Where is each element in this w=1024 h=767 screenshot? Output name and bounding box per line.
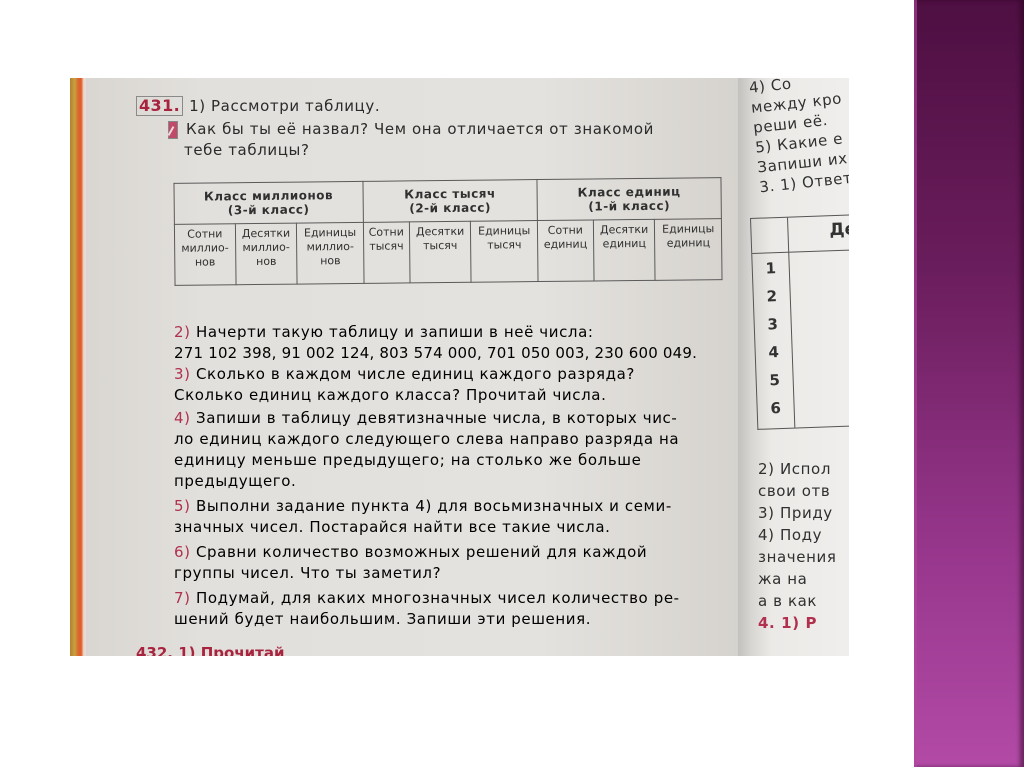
item-number: 2) (174, 323, 191, 341)
column-header: Десяткиединиц (593, 219, 655, 281)
right-page-lower-text: 2) Испол свои отв 3) Приду 4) Поду значе… (758, 458, 836, 634)
item-text: Сравни количество возможных решений для … (196, 543, 647, 561)
right-line: свои отв (758, 480, 836, 502)
task-items: 2) Начерти такую таблицу и запиши в неё … (174, 322, 734, 630)
table-row: 4 (755, 338, 792, 367)
task-header: 431. 1) Рассмотри таблицу. (136, 96, 736, 117)
item-4: 4) Запиши в таблицу девятизначные числа,… (174, 408, 734, 492)
table-row: 6 (757, 394, 794, 423)
right-page-top-text: 4) Со между кро реши её. 5) Какие е Запи… (748, 78, 849, 197)
item-text: предыдущего. (174, 471, 734, 492)
right-line: значения (758, 546, 836, 568)
group-millions: Класс миллионов(3-й класс) (174, 181, 363, 224)
right-table-rows: 1 2 3 4 5 6 (752, 254, 794, 423)
item-text: Выполни задание пункта 4) для восьмизнач… (196, 497, 672, 515)
item-number: 4) (174, 409, 191, 427)
pencil-icon (168, 121, 178, 139)
right-line: 4) Поду (758, 524, 836, 546)
table-row: 2 (753, 282, 790, 311)
textbook-photo: 431. 1) Рассмотри таблицу. Как бы ты её … (70, 78, 849, 656)
item-text: значных чисел. Постарайся найти все таки… (174, 517, 734, 538)
left-page: 431. 1) Рассмотри таблицу. Как бы ты её … (70, 78, 738, 656)
item-number: 3) (174, 365, 191, 383)
right-line: 4. 1) Р (758, 612, 836, 634)
column-header: Единицыединиц (655, 219, 722, 281)
task-content: 431. 1) Рассмотри таблицу. Как бы ты её … (136, 96, 736, 161)
task-number: 431. (136, 96, 183, 116)
table-column-row: Сотнимиллио-нов Десяткимиллио-нов Единиц… (174, 219, 722, 286)
column-header: Сотниединиц (537, 220, 593, 282)
next-task-fragment: 432. 1) Прочитай (136, 644, 284, 656)
intro-line-2: Как бы ты её назвал? Чем она отличается … (136, 119, 736, 140)
right-line: жа на (758, 568, 836, 590)
group-thousands: Класс тысяч(2-й класс) (363, 180, 538, 223)
group-units: Класс единиц(1-й класс) (537, 178, 721, 221)
item-text: Начерти такую таблицу и запиши в неё чис… (196, 323, 594, 341)
item-text: ло единиц каждого следующего слева напра… (174, 429, 734, 450)
column-header: Десяткитысяч (409, 221, 471, 283)
item-text: Запиши в таблицу девятизначные числа, в … (196, 409, 677, 427)
intro-text-2: Как бы ты её назвал? Чем она отличается … (186, 120, 654, 138)
right-line: а в как (758, 590, 836, 612)
column-header: Единицытысяч (471, 221, 538, 283)
right-table-header-text: Де (829, 219, 849, 240)
right-page: 4) Со между кро реши её. 5) Какие е Запи… (738, 78, 849, 656)
right-line: 3) Приду (758, 502, 836, 524)
table-row: 5 (756, 366, 793, 395)
item-5: 5) Выполни задание пункта 4) для восьмиз… (174, 496, 734, 538)
table-header-row: Класс миллионов(3-й класс) Класс тысяч(2… (174, 178, 721, 225)
number-classes-table: Класс миллионов(3-й класс) Класс тысяч(2… (173, 177, 722, 286)
table-row: 1 (752, 254, 789, 283)
item-6: 6) Сравни количество возможных решений д… (174, 542, 734, 584)
right-line: 2) Испол (758, 458, 836, 480)
numbers-list: 271 102 398, 91 002 124, 803 574 000, 70… (174, 343, 734, 364)
item-number: 7) (174, 589, 191, 607)
right-page-table: Де 1 2 3 4 5 6 (750, 214, 849, 430)
item-number: 6) (174, 543, 191, 561)
page-edge (70, 78, 86, 656)
item-text: Сколько в каждом числе единиц каждого ра… (196, 365, 635, 383)
column-header: Единицымиллио-нов (297, 222, 364, 284)
item-text: Подумай, для каких многозначных чисел ко… (196, 589, 680, 607)
intro-line-1: 1) Рассмотри таблицу. (189, 96, 380, 117)
slide-decoration-bar (914, 0, 1024, 767)
column-header: Сотнимиллио-нов (174, 224, 235, 286)
column-header: Десяткимиллио-нов (235, 223, 297, 285)
item-text: группы чисел. Что ты заметил? (174, 563, 734, 584)
item-2: 2) Начерти такую таблицу и запиши в неё … (174, 322, 734, 364)
table-row: 3 (754, 310, 791, 339)
item-text: единицу меньше предыдущего; на столько ж… (174, 450, 734, 471)
item-text: Сколько единиц каждого класса? Прочитай … (174, 385, 734, 406)
intro-line-3: тебе таблицы? (136, 140, 736, 161)
item-text: шений будет наибольшим. Запиши эти решен… (174, 609, 734, 630)
item-3: 3) Сколько в каждом числе единиц каждого… (174, 364, 734, 406)
item-7: 7) Подумай, для каких многозначных чисел… (174, 588, 734, 630)
column-header: Сотнитысяч (363, 222, 410, 283)
item-number: 5) (174, 497, 191, 515)
